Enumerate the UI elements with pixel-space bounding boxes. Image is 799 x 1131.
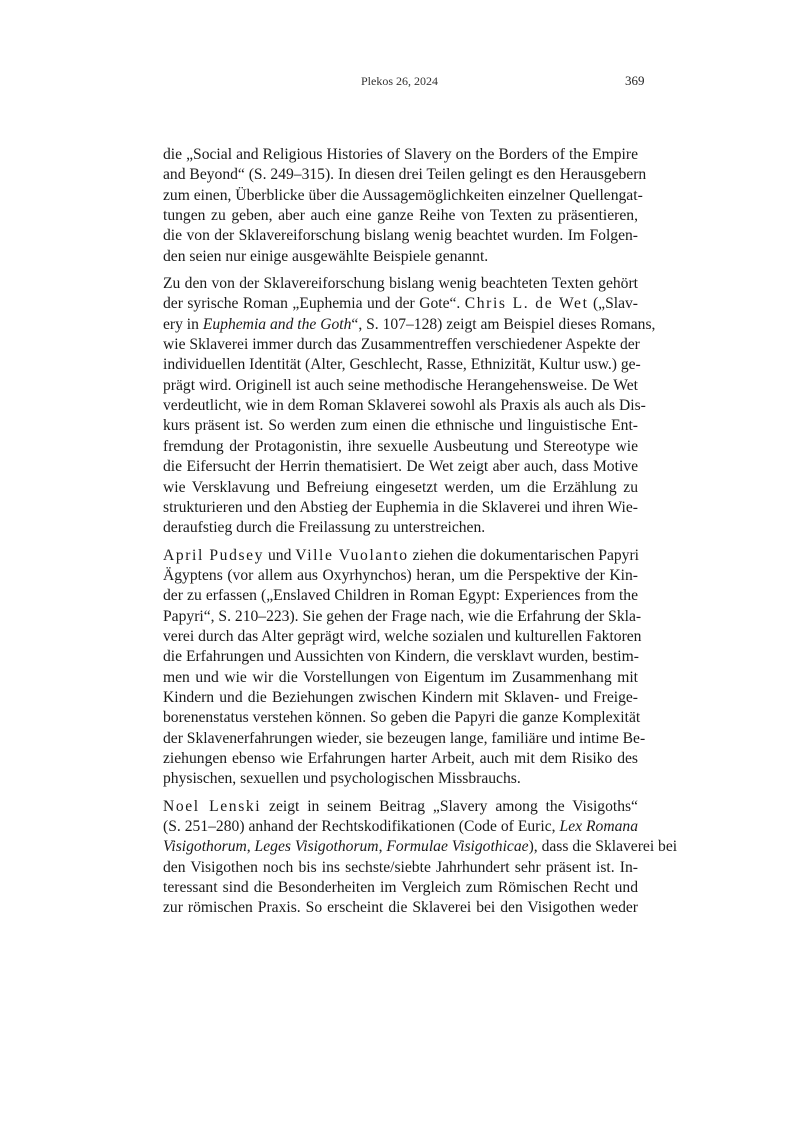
text-run: verei durch das Alter geprägt wird, welc… bbox=[163, 628, 641, 645]
text-line: tungen zu geben, aber auch eine ganze Re… bbox=[163, 206, 638, 226]
text-run: den seien nur einige ausgewählte Beispie… bbox=[163, 248, 488, 265]
text-line: verdeutlicht, wie in dem Roman Sklaverei… bbox=[163, 396, 638, 416]
text-line: prägt wird. Originell ist auch seine met… bbox=[163, 376, 638, 396]
text-run: die „Social and Religious Histories of S… bbox=[163, 146, 638, 163]
text-run: Zu den von der Sklavereiforschung bislan… bbox=[163, 275, 638, 292]
text-line: kurs präsent ist. So werden zum einen di… bbox=[163, 416, 638, 436]
text-line: die Eifersucht der Herrin thematisiert. … bbox=[163, 457, 638, 477]
document-page: Plekos 26, 2024 369 die „Social and Reli… bbox=[0, 0, 799, 1131]
text-line: fremdung der Protagonistin, ihre sexuell… bbox=[163, 437, 638, 457]
text-run: der zu erfassen („Enslaved Children in R… bbox=[163, 587, 638, 604]
text-line: der Sklavenerfahrungen wieder, sie bezeu… bbox=[163, 729, 638, 749]
text-line: Zu den von der Sklavereiforschung bislan… bbox=[163, 274, 638, 294]
text-run: die Eifersucht der Herrin thematisiert. … bbox=[163, 458, 638, 475]
text-run: physischen, sexuellen und psychologische… bbox=[163, 770, 521, 787]
text-line: Papyri“, S. 210–223). Sie gehen der Frag… bbox=[163, 607, 638, 627]
text-run: der syrische Roman „Euphemia und der Got… bbox=[163, 295, 465, 312]
text-line: April Pudsey und Ville Vuolanto ziehen d… bbox=[163, 546, 638, 566]
text-line: physischen, sexuellen und psychologische… bbox=[163, 769, 638, 789]
text-run: und bbox=[264, 547, 295, 564]
text-run: Kindern und die Beziehungen zwischen Kin… bbox=[163, 689, 638, 706]
text-line: der zu erfassen („Enslaved Children in R… bbox=[163, 586, 638, 606]
italic-title: Leges Visigothorum bbox=[255, 838, 379, 855]
text-line: Visigothorum, Leges Visigothorum, Formul… bbox=[163, 837, 638, 857]
author-name: Noel Lenski bbox=[163, 798, 261, 815]
text-line: strukturieren und den Abstieg der Euphem… bbox=[163, 498, 638, 518]
text-run: wie Versklavung und Befreiung eingesetzt… bbox=[163, 479, 638, 496]
text-line: men und wie wir die Vorstellungen von Ei… bbox=[163, 668, 638, 688]
paragraph: Zu den von der Sklavereiforschung bislan… bbox=[163, 274, 638, 538]
text-run: kurs präsent ist. So werden zum einen di… bbox=[163, 417, 638, 434]
text-line: borenenstatus verstehen können. So geben… bbox=[163, 708, 638, 728]
text-run: teressant sind die Besonderheiten im Ver… bbox=[163, 879, 638, 896]
text-line: der syrische Roman „Euphemia und der Got… bbox=[163, 294, 638, 314]
text-line: individuellen Identität (Alter, Geschlec… bbox=[163, 355, 638, 375]
text-run: tungen zu geben, aber auch eine ganze Re… bbox=[163, 207, 638, 224]
text-line: wie Sklaverei immer durch das Zusammentr… bbox=[163, 335, 638, 355]
text-line: den seien nur einige ausgewählte Beispie… bbox=[163, 247, 638, 267]
body-text: die „Social and Religious Histories of S… bbox=[163, 145, 638, 926]
italic-title: Formulae Visigothicae bbox=[386, 838, 528, 855]
paragraph: die „Social and Religious Histories of S… bbox=[163, 145, 638, 267]
text-line: ery in Euphemia and the Goth“, S. 107–12… bbox=[163, 315, 638, 335]
text-run: der Sklavenerfahrungen wieder, sie bezeu… bbox=[163, 730, 645, 747]
text-line: verei durch das Alter geprägt wird, welc… bbox=[163, 627, 638, 647]
italic-title: Lex Romana bbox=[560, 818, 638, 835]
text-line: ziehungen ebenso wie Erfahrungen harter … bbox=[163, 749, 638, 769]
text-line: die von der Sklavereiforschung bislang w… bbox=[163, 226, 638, 246]
text-run: men und wie wir die Vorstellungen von Ei… bbox=[163, 669, 638, 686]
text-run: („Slav- bbox=[589, 295, 638, 312]
text-run: die von der Sklavereiforschung bislang w… bbox=[163, 227, 638, 244]
text-line: die „Social and Religious Histories of S… bbox=[163, 145, 638, 165]
text-run: Papyri“, S. 210–223). Sie gehen der Frag… bbox=[163, 608, 641, 625]
text-line: die Erfahrungen und Aussichten von Kinde… bbox=[163, 647, 638, 667]
text-line: wie Versklavung und Befreiung eingesetzt… bbox=[163, 478, 638, 498]
text-line: Noel Lenski zeigt in seinem Beitrag „Sla… bbox=[163, 797, 638, 817]
text-run: (S. 251–280) anhand der Rechtskodifikati… bbox=[163, 818, 560, 835]
text-run: ery in bbox=[163, 316, 203, 333]
text-run: zum einen, Überblicke über die Aussagemö… bbox=[163, 187, 643, 204]
text-run: and Beyond“ (S. 249–315). In diesen drei… bbox=[163, 166, 646, 183]
text-run: individuellen Identität (Alter, Geschlec… bbox=[163, 356, 641, 373]
text-run: “, S. 107–128) zeigt am Beispiel dieses … bbox=[351, 316, 655, 333]
page-number: 369 bbox=[625, 73, 645, 89]
text-run: zur römischen Praxis. So erscheint die S… bbox=[163, 899, 638, 916]
text-run: ziehungen ebenso wie Erfahrungen harter … bbox=[163, 750, 638, 767]
text-line: den Visigothen noch bis ins sechste/sieb… bbox=[163, 858, 638, 878]
text-line: Kindern und die Beziehungen zwischen Kin… bbox=[163, 688, 638, 708]
text-run: den Visigothen noch bis ins sechste/sieb… bbox=[163, 859, 638, 876]
text-run: , bbox=[247, 838, 255, 855]
text-run: borenenstatus verstehen können. So geben… bbox=[163, 709, 640, 726]
text-line: zum einen, Überblicke über die Aussagemö… bbox=[163, 186, 638, 206]
paragraph: April Pudsey und Ville Vuolanto ziehen d… bbox=[163, 546, 638, 790]
running-head: Plekos 26, 2024 bbox=[0, 74, 799, 89]
text-run: ziehen die dokumentarischen Papyri bbox=[409, 547, 639, 564]
text-run: die Erfahrungen und Aussichten von Kinde… bbox=[163, 648, 639, 665]
text-run: ), dass die Sklaverei bei bbox=[529, 838, 678, 855]
text-run: Ägyptens (vor allem aus Oxyrhynchos) her… bbox=[163, 567, 638, 584]
text-run: wie Sklaverei immer durch das Zusammentr… bbox=[163, 336, 640, 353]
text-line: Ägyptens (vor allem aus Oxyrhynchos) her… bbox=[163, 566, 638, 586]
text-run: prägt wird. Originell ist auch seine met… bbox=[163, 377, 638, 394]
italic-title: Visigothorum bbox=[163, 838, 247, 855]
text-run: fremdung der Protagonistin, ihre sexuell… bbox=[163, 438, 638, 455]
text-line: and Beyond“ (S. 249–315). In diesen drei… bbox=[163, 165, 638, 185]
text-run: zeigt in seinem Beitrag „Slavery among t… bbox=[261, 798, 638, 815]
author-name: Ville Vuolanto bbox=[295, 547, 408, 564]
author-name: Chris L. de Wet bbox=[465, 295, 589, 312]
text-line: deraufstieg durch die Freilassung zu unt… bbox=[163, 518, 638, 538]
text-run: strukturieren und den Abstieg der Euphem… bbox=[163, 499, 638, 516]
text-run: verdeutlicht, wie in dem Roman Sklaverei… bbox=[163, 397, 646, 414]
text-line: zur römischen Praxis. So erscheint die S… bbox=[163, 898, 638, 918]
text-run: deraufstieg durch die Freilassung zu unt… bbox=[163, 519, 485, 536]
author-name: April Pudsey bbox=[163, 547, 264, 564]
text-line: (S. 251–280) anhand der Rechtskodifikati… bbox=[163, 817, 638, 837]
paragraph: Noel Lenski zeigt in seinem Beitrag „Sla… bbox=[163, 797, 638, 919]
text-line: teressant sind die Besonderheiten im Ver… bbox=[163, 878, 638, 898]
italic-title: Euphemia and the Goth bbox=[203, 316, 352, 333]
